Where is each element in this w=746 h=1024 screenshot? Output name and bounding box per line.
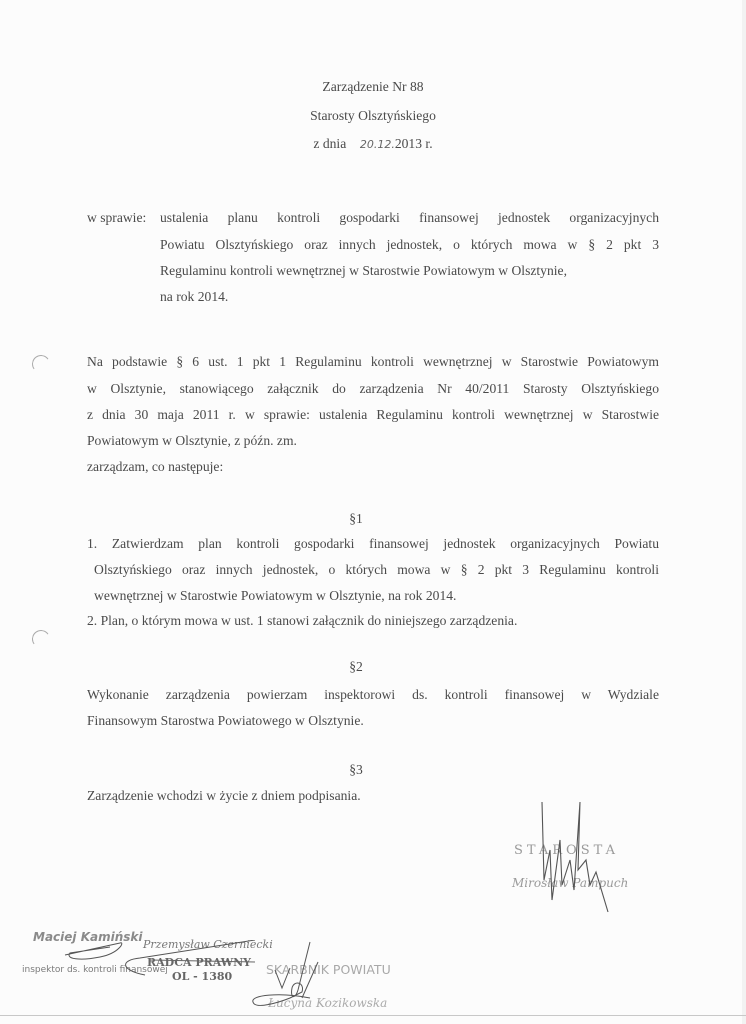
section-heading-3: §3 <box>0 761 712 778</box>
preamble-line: Powiatowym w Olsztynie, z późn. zm. <box>87 432 297 449</box>
legal-stamp-title: RADCA PRAWNY <box>147 956 251 969</box>
inspector-stamp-name: Maciej Kamiński <box>33 930 143 944</box>
section1-item1-line: Olsztyńskiego oraz innych jednostek, o k… <box>94 561 659 578</box>
section1-item1-line: wewnętrznej w Starostwie Powiatowym w Ol… <box>94 587 456 604</box>
ordering-clause: zarządzam, co następuje: <box>87 458 223 475</box>
punch-hole-icon <box>31 354 52 375</box>
subject-line: Regulaminu kontroli wewnętrznej w Staros… <box>160 262 567 279</box>
starosta-stamp-name: Mirosław Pampuch <box>512 876 628 890</box>
preamble-line: Na podstawie § 6 ust. 1 pkt 1 Regulaminu… <box>87 353 659 370</box>
document-title: Zarządzenie Nr 88 <box>0 78 746 95</box>
page-edge <box>742 0 746 1024</box>
section-heading-2: §2 <box>0 658 712 675</box>
date-handwritten: 20.12. <box>360 138 395 151</box>
section2-line: Wykonanie zarządzenia powierzam inspekto… <box>87 686 659 703</box>
section-heading-1: §1 <box>0 510 712 527</box>
date-prefix: z dnia <box>313 136 346 151</box>
treasurer-stamp-title: SKARBNIK POWIATU <box>266 962 391 977</box>
inspector-stamp-title: inspektor ds. kontroli finansowej <box>22 965 168 975</box>
subject-line: Powiatu Olsztyńskiego oraz innych jednos… <box>160 236 659 253</box>
preamble-line: z dnia 30 maja 2011 r. w sprawie: ustale… <box>87 406 659 423</box>
subject-line: na rok 2014. <box>160 288 228 305</box>
legal-stamp-name: Przemysław Czerniecki <box>143 938 273 951</box>
section3-line: Zarządzenie wchodzi w życie z dniem podp… <box>87 787 361 804</box>
document-date: z dnia 20.12.2013 r. <box>0 135 746 153</box>
preamble-line: w Olsztynie, stanowiącego załącznik do z… <box>87 380 659 397</box>
punch-hole-icon <box>31 629 52 650</box>
document-page: Zarządzenie Nr 88 Starosty Olsztyńskiego… <box>0 0 746 1024</box>
legal-stamp-number: OL - 1380 <box>172 970 232 983</box>
treasurer-stamp-name: Łucyna Kozikowska <box>268 996 387 1010</box>
date-suffix: 2013 r. <box>395 136 433 151</box>
section1-item1-line: 1. Zatwierdzam plan kontroli gospodarki … <box>87 535 659 552</box>
page-bottom-edge <box>0 1015 746 1016</box>
section1-item2-line: 2. Plan, o którym mowa w ust. 1 stanowi … <box>87 612 517 629</box>
subject-label: w sprawie: <box>87 209 146 226</box>
section2-line: Finansowym Starostwa Powiatowego w Olszt… <box>87 712 364 729</box>
starosta-stamp-title: STAROSTA <box>514 843 619 858</box>
subject-line: ustalenia planu kontroli gospodarki fina… <box>160 209 659 226</box>
document-issuer: Starosty Olsztyńskiego <box>0 107 746 124</box>
